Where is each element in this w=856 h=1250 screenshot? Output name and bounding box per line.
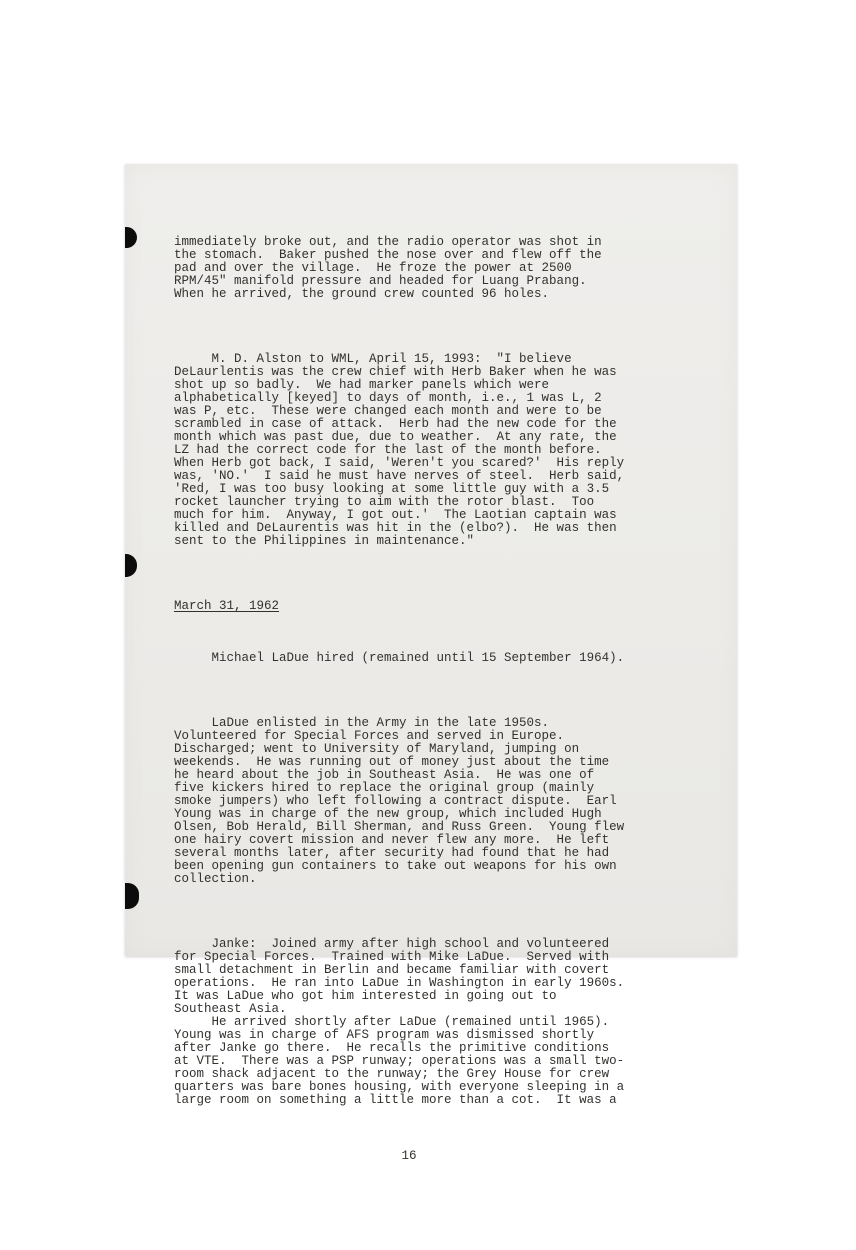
document-page: immediately broke out, and the radio ope… [125,164,737,956]
hole-punch-mark-bottom [125,883,139,909]
paragraph-janke: Janke: Joined army after high school and… [174,938,644,1107]
hole-punch-mark-top [125,227,137,248]
page-number: 16 [174,1150,644,1163]
hole-punch-mark-middle [125,554,137,577]
paragraph-radio-operator: immediately broke out, and the radio ope… [174,236,644,301]
paragraph-ladue-background: LaDue enlisted in the Army in the late 1… [174,717,644,886]
line-michael-ladue-hired: Michael LaDue hired (remained until 15 S… [174,652,644,665]
paragraph-alston-quote: M. D. Alston to WML, April 15, 1993: "I … [174,353,644,548]
scanned-document-view: immediately broke out, and the radio ope… [0,0,856,1250]
date-heading: March 31, 1962 [174,600,644,613]
page-text-body: immediately broke out, and the radio ope… [174,210,644,1189]
date-heading-text: March 31, 1962 [174,599,279,613]
